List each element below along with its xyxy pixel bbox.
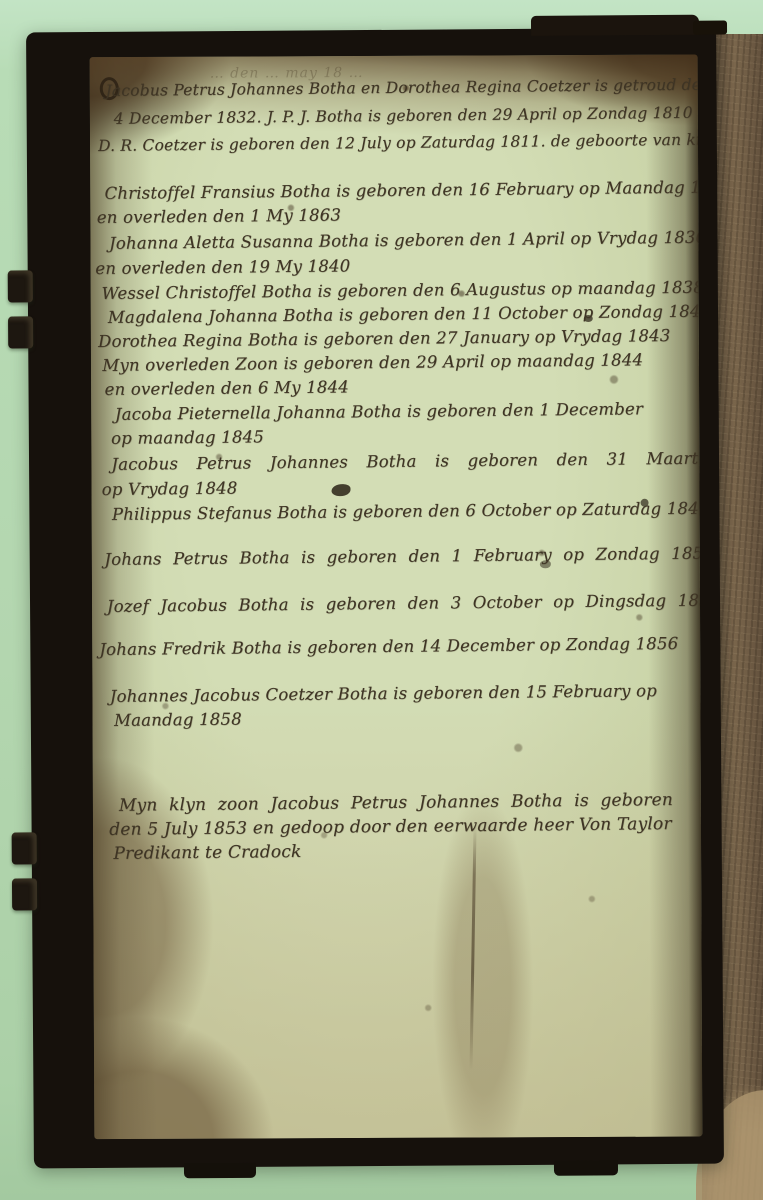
register-line-14: op maandag 1845: [111, 421, 695, 451]
left-hinge-upper: [8, 270, 35, 358]
register-line-17: Philippus Stefanus Botha is geboren den …: [112, 497, 696, 527]
hinge-tab: [12, 878, 37, 910]
register-line-25: Predikant te Cradock: [113, 836, 699, 866]
register-line-19: Jozef Jacobus Botha is geboren den 3 Oct…: [107, 589, 697, 619]
bottom-stud-right: [554, 1160, 618, 1175]
photograph-of-family-register: … den … may 18 … Jacobus Petrus Johannes…: [0, 0, 763, 1200]
register-line-1: Jacobus Petrus Johannes Botha en Dorothe…: [105, 73, 691, 103]
hinge-tab: [12, 832, 37, 864]
vertical-crease: [469, 826, 476, 1071]
register-line-20: Johans Fredrik Botha is geboren den 14 D…: [99, 632, 697, 662]
hinge-tab: [8, 270, 33, 302]
hinge-tab: [8, 316, 33, 348]
register-line-2: 4 December 1832. J. P. J. Botha is gebor…: [114, 101, 692, 131]
register-line-18: Johans Petrus Botha is geboren den 1 Feb…: [104, 542, 696, 572]
handwritten-entries: Jacobus Petrus Johannes Botha en Dorothe…: [103, 73, 699, 866]
top-clasp: [531, 15, 699, 36]
left-hinge-lower: [12, 832, 39, 920]
register-page: … den … may 18 … Jacobus Petrus Johannes…: [90, 55, 703, 1140]
bottom-stud-left: [184, 1163, 256, 1179]
register-line-22: Maandag 1858: [114, 703, 698, 733]
book-cover: … den … may 18 … Jacobus Petrus Johannes…: [26, 28, 724, 1169]
register-line-5: en overleden den 1 My 1863: [97, 200, 693, 230]
register-line-3: D. R. Coetzer is geboren den 12 July op …: [98, 128, 692, 158]
